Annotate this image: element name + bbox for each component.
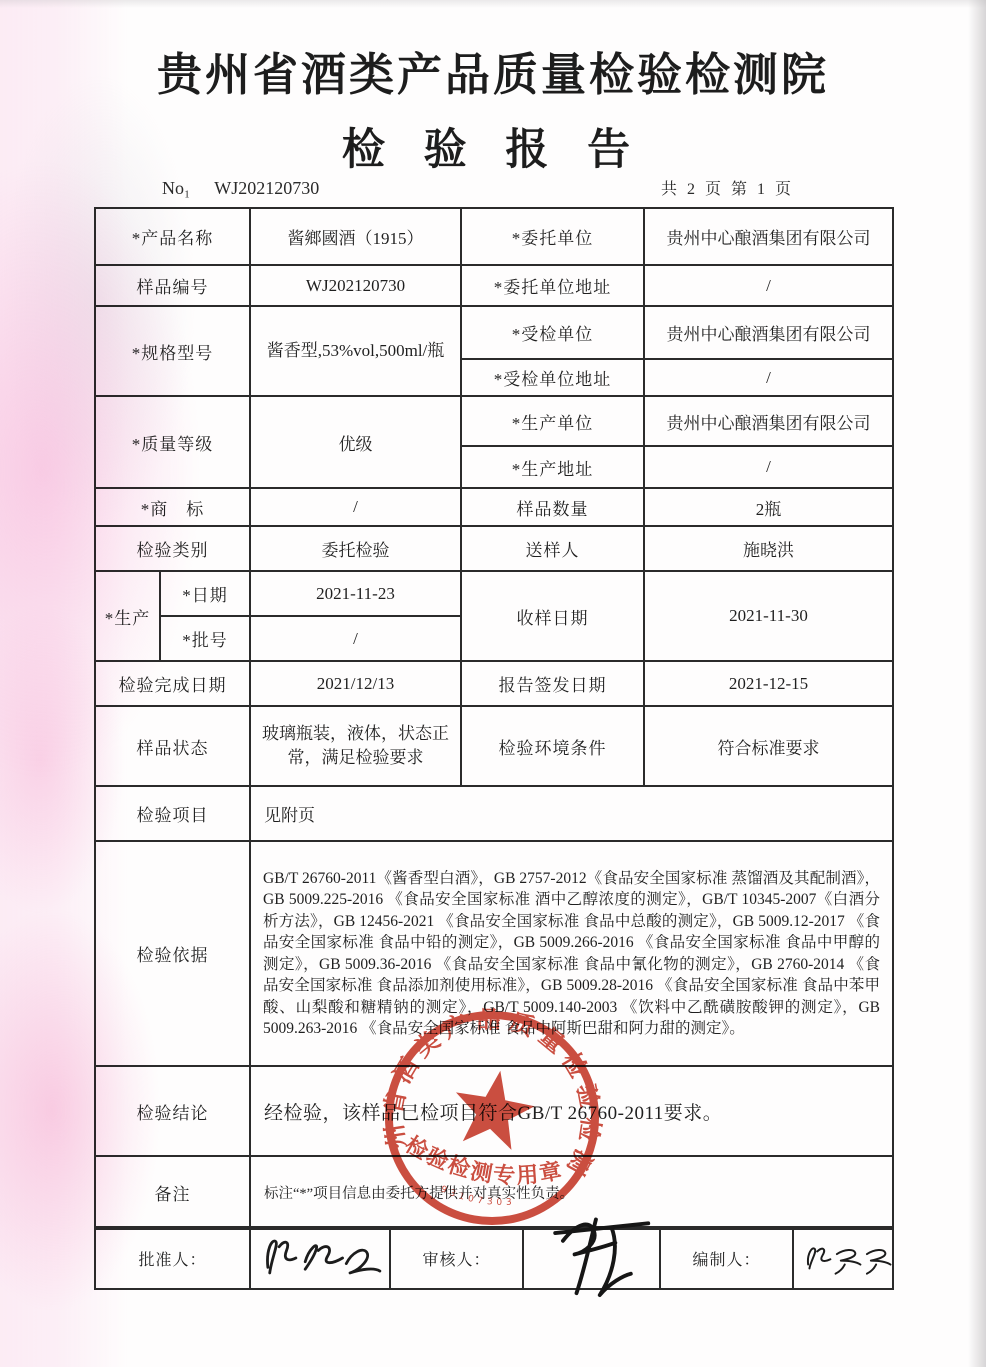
- conclusion-value: 经检验，该样品已检项目符合GB/T 26760-2011要求。: [250, 1066, 893, 1156]
- producer-unit-value: 贵州中心酿酒集团有限公司: [644, 396, 893, 446]
- inspection-items-label: 检验项目: [95, 786, 250, 841]
- table-row: *产品名称 酱鄉國酒（1915） *委托单位 贵州中心酿酒集团有限公司: [95, 208, 893, 265]
- table-row: 检验完成日期 2021/12/13 报告签发日期 2021-12-15: [95, 661, 893, 706]
- org-title: 贵州省酒类产品质量检验检测院: [0, 38, 986, 103]
- quality-grade-value: 优级: [250, 396, 461, 488]
- table-row: 检验项目 见附页: [95, 786, 893, 841]
- production-date-value: 2021-11-23: [250, 571, 461, 616]
- preparer-signature: [793, 1227, 893, 1289]
- sample-status-value: 玻璃瓶装，液体，状态正常，满足检验要求: [250, 706, 461, 786]
- producer-unit-label: *生产单位: [461, 396, 644, 446]
- table-row: 检验类别 委托检验 送样人 施晓洪: [95, 526, 893, 571]
- sample-status-label: 样品状态: [95, 706, 250, 786]
- page-indicator: 共 2 页 第 1 页: [661, 176, 794, 199]
- environment-label: 检验环境条件: [461, 706, 644, 786]
- scan-top-edge-shadow: [0, 0, 986, 8]
- client-address-value: /: [644, 265, 893, 306]
- spec-model-value: 酱香型,53%vol,500ml/瓶: [250, 306, 461, 396]
- reviewer-signature: [523, 1227, 660, 1289]
- table-row: 检验结论 经检验，该样品已检项目符合GB/T 26760-2011要求。: [95, 1066, 893, 1156]
- environment-value: 符合标准要求: [644, 706, 893, 786]
- producer-address-value: /: [644, 446, 893, 488]
- client-unit-label: *委托单位: [461, 208, 644, 265]
- client-address-label: *委托单位地址: [461, 265, 644, 306]
- sample-quantity-value: 2瓶: [644, 488, 893, 526]
- table-row: *规格型号 酱香型,53%vol,500ml/瓶 *受检单位 贵州中心酿酒集团有…: [95, 306, 893, 359]
- approver-signature-ink: [256, 1230, 388, 1286]
- reviewer-signature-ink: [530, 1194, 656, 1306]
- reviewer-label: 审核人：: [390, 1227, 523, 1289]
- inspected-unit-label: *受检单位: [461, 306, 644, 359]
- table-row: 检验依据 GB/T 26760-2011《酱香型白酒》，GB 2757-2012…: [95, 841, 893, 1066]
- production-label: *生产: [95, 571, 160, 661]
- inspected-address-label: *受检单位地址: [461, 359, 644, 396]
- inspection-basis-label: 检验依据: [95, 841, 250, 1066]
- spec-model-label: *规格型号: [95, 306, 250, 396]
- table-row: 样品编号 WJ202120730 *委托单位地址 /: [95, 265, 893, 306]
- preparer-signature-ink: [799, 1230, 897, 1286]
- remarks-label: 备注: [95, 1156, 250, 1229]
- production-batch-value: /: [250, 616, 461, 661]
- producer-address-label: *生产地址: [461, 446, 644, 488]
- production-batch-label: *批号: [160, 616, 250, 661]
- inspected-address-value: /: [644, 359, 893, 396]
- inspection-report-page: 贵州省酒类产品质量检验检测院 检 验 报 告 No₁WJ202120730 共 …: [0, 0, 986, 1367]
- inspection-type-value: 委托检验: [250, 526, 461, 571]
- inspection-type-label: 检验类别: [95, 526, 250, 571]
- complete-date-label: 检验完成日期: [95, 661, 250, 706]
- report-table: *产品名称 酱鄉國酒（1915） *委托单位 贵州中心酿酒集团有限公司 样品编号…: [94, 207, 894, 1230]
- table-row: 样品状态 玻璃瓶装，液体，状态正常，满足检验要求 检验环境条件 符合标准要求: [95, 706, 893, 786]
- inspection-basis-value: GB/T 26760-2011《酱香型白酒》，GB 2757-2012《食品安全…: [250, 841, 893, 1066]
- complete-date-value: 2021/12/13: [250, 661, 461, 706]
- product-name-value: 酱鄉國酒（1915）: [250, 208, 461, 265]
- approver-signature: [250, 1227, 390, 1289]
- issue-date-value: 2021-12-15: [644, 661, 893, 706]
- trademark-value: /: [250, 488, 461, 526]
- product-name-label: *产品名称: [95, 208, 250, 265]
- production-date-label: *日期: [160, 571, 250, 616]
- report-number: No₁WJ202120730: [162, 178, 319, 199]
- meta-line: No₁WJ202120730 共 2 页 第 1 页: [94, 176, 894, 199]
- report-number-label: No₁: [162, 178, 190, 198]
- preparer-label: 编制人：: [660, 1227, 793, 1289]
- scan-right-edge-shadow: [968, 0, 986, 1367]
- report-title: 检 验 报 告: [0, 116, 986, 177]
- sample-quantity-label: 样品数量: [461, 488, 644, 526]
- report-number-value: WJ202120730: [214, 178, 319, 198]
- receive-date-label: 收样日期: [461, 571, 644, 661]
- sample-sender-value: 施晓洪: [644, 526, 893, 571]
- quality-grade-label: *质量等级: [95, 396, 250, 488]
- conclusion-label: 检验结论: [95, 1066, 250, 1156]
- table-row: *生产 *日期 2021-11-23 收样日期 2021-11-30: [95, 571, 893, 616]
- inspected-unit-value: 贵州中心酿酒集团有限公司: [644, 306, 893, 359]
- client-unit-value: 贵州中心酿酒集团有限公司: [644, 208, 893, 265]
- trademark-label: *商 标: [95, 488, 250, 526]
- signature-row: 批准人： 审核人： 编制人：: [94, 1226, 894, 1290]
- sample-no-label: 样品编号: [95, 265, 250, 306]
- approver-label: 批准人：: [95, 1227, 250, 1289]
- receive-date-value: 2021-11-30: [644, 571, 893, 661]
- inspection-items-value: 见附页: [250, 786, 893, 841]
- sample-sender-label: 送样人: [461, 526, 644, 571]
- table-row: *商 标 / 样品数量 2瓶: [95, 488, 893, 526]
- sample-no-value: WJ202120730: [250, 265, 461, 306]
- table-row: *质量等级 优级 *生产单位 贵州中心酿酒集团有限公司: [95, 396, 893, 446]
- issue-date-label: 报告签发日期: [461, 661, 644, 706]
- table-row: 备注 标注“*”项目信息由委托方提供并对真实性负责。: [95, 1156, 893, 1229]
